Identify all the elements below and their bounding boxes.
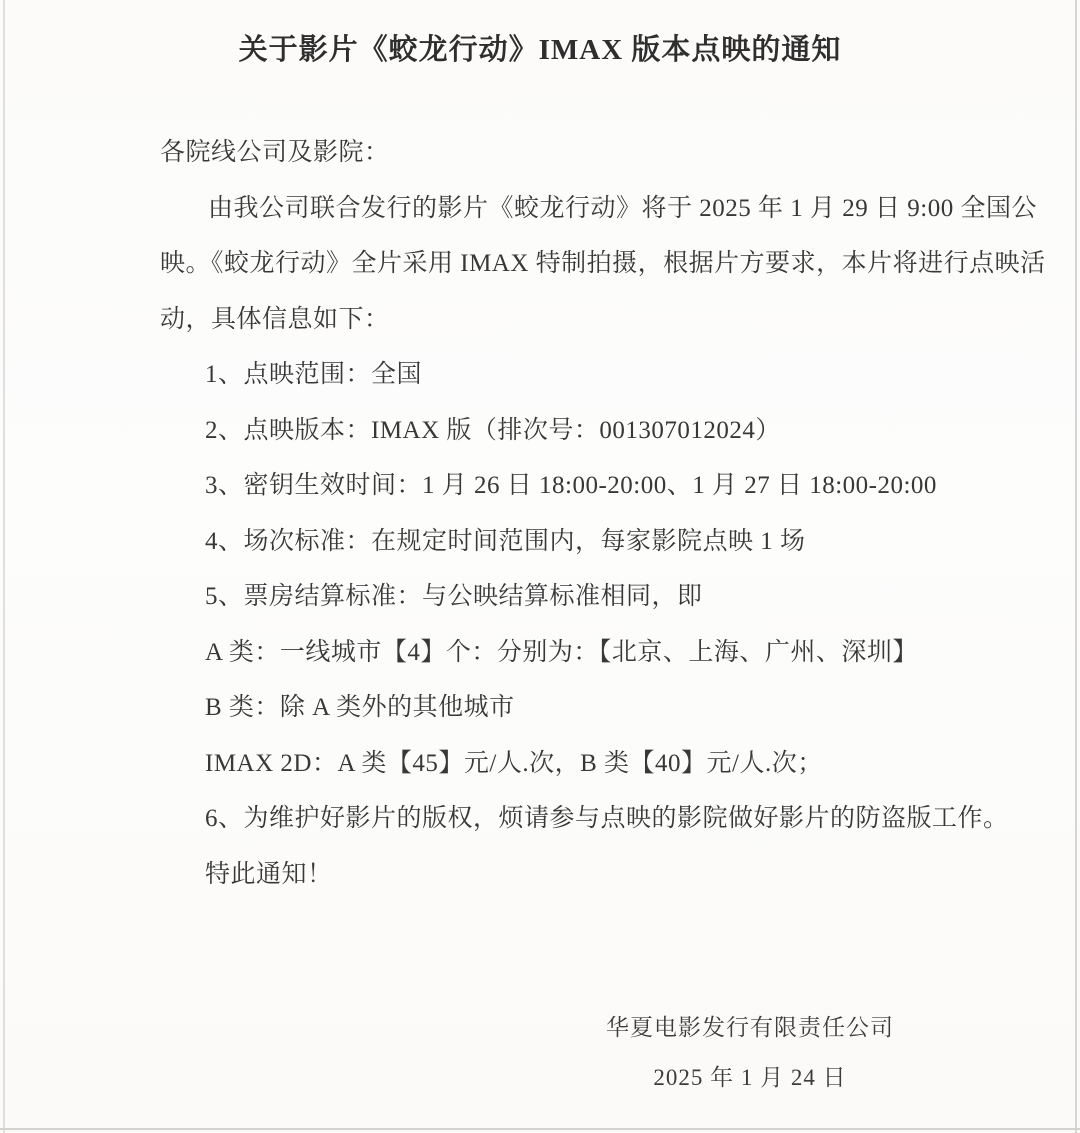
salutation: 各院线公司及影院： (160, 125, 990, 181)
list-item-6: 6、为维护好影片的版权，烦请参与点映的影院做好影片的防盗版工作。 (160, 791, 990, 847)
list-item-4: 4、场次标准：在规定时间范围内，每家影院点映 1 场 (160, 514, 990, 570)
signature-block: 华夏电影发行有限责任公司 2025 年 1 月 24 日 (606, 1003, 894, 1103)
list-item-1: 1、点映范围：全国 (160, 347, 990, 403)
page-edge-bottom (0, 1128, 1080, 1130)
list-item-class-a: A 类：一线城市【4】个：分别为：【北京、上海、广州、深圳】 (160, 625, 990, 681)
signature-company: 华夏电影发行有限责任公司 (606, 1003, 894, 1053)
list-item-3: 3、密钥生效时间：1 月 26 日 18:00-20:00、1 月 27 日 1… (160, 458, 990, 514)
list-item-imax-price: IMAX 2D：A 类【45】元/人.次，B 类【40】元/人.次； (160, 736, 990, 792)
signature-date: 2025 年 1 月 24 日 (606, 1053, 894, 1103)
page-title: 关于影片《蛟龙行动》IMAX 版本点映的通知 (0, 27, 1080, 68)
page-edge-right (1075, 0, 1077, 1133)
closing-line: 特此通知！ (160, 847, 990, 903)
page-edge-left (3, 0, 5, 1133)
list-item-2: 2、点映版本：IMAX 版（排次号：001307012024） (160, 403, 990, 459)
list-item-class-b: B 类：除 A 类外的其他城市 (160, 680, 990, 736)
notice-body: 各院线公司及影院： 由我公司联合发行的影片《蛟龙行动》将于 2025 年 1 月… (160, 125, 990, 902)
list-item-5: 5、票房结算标准：与公映结算标准相同，即 (160, 569, 990, 625)
paragraph-line-1: 由我公司联合发行的影片《蛟龙行动》将于 2025 年 1 月 29 日 9:00… (160, 181, 990, 237)
paragraph-line-2: 映。《蛟龙行动》全片采用 IMAX 特制拍摄，根据片方要求，本片将进行点映活 (160, 236, 990, 292)
paragraph-line-3: 动，具体信息如下： (160, 292, 990, 348)
notice-document: 关于影片《蛟龙行动》IMAX 版本点映的通知 各院线公司及影院： 由我公司联合发… (0, 0, 1080, 1133)
